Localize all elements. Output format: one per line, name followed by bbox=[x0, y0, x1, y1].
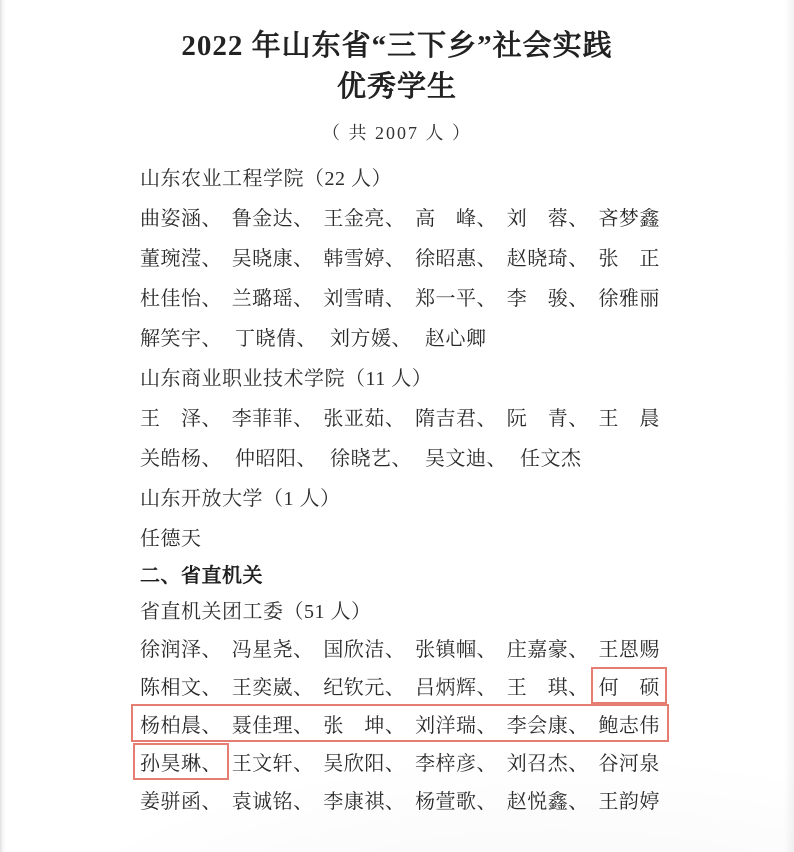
document-page: 2022 年山东省“三下乡”社会实践 优秀学生 （ 共 2007 人 ） 山东农… bbox=[0, 0, 794, 852]
student-name: 解笑宇、 bbox=[140, 322, 222, 351]
student-name: 刘方媛、 bbox=[330, 322, 412, 351]
student-name: 鲁金达、 bbox=[232, 202, 314, 231]
student-name: 姜骈函、 bbox=[140, 785, 222, 814]
name-row: 姜骈函、袁诚铭、李康祺、杨萱歌、赵悦鑫、王韵婷 bbox=[140, 780, 660, 818]
student-name-highlighted: 何 硕 bbox=[591, 667, 667, 704]
student-name: 徐晓艺、 bbox=[330, 442, 412, 471]
student-name: 刘 蓉、 bbox=[507, 202, 589, 231]
student-name: 任文杰 bbox=[520, 442, 582, 471]
name-row: 徐润泽、冯星尧、国欣洁、张镇帼、庄嘉豪、王恩赐 bbox=[140, 628, 660, 666]
student-name: 董琬滢、 bbox=[140, 242, 222, 271]
student-name: 杨柏晨、 bbox=[140, 709, 222, 738]
org-heading: 山东开放大学（1 人） bbox=[140, 476, 660, 516]
document-body: 山东农业工程学院（22 人）曲姿涵、鲁金达、王金亮、高 峰、刘 蓉、吝梦鑫董琬滢… bbox=[140, 156, 660, 818]
student-name: 张 正 bbox=[598, 242, 660, 271]
student-name: 李会康、 bbox=[507, 709, 589, 738]
student-name: 陈相文、 bbox=[140, 671, 222, 700]
student-name: 杜佳怡、 bbox=[140, 282, 222, 311]
student-name: 韩雪婷、 bbox=[323, 242, 405, 271]
student-name: 吝梦鑫 bbox=[598, 202, 660, 231]
student-name: 聂佳理、 bbox=[232, 709, 314, 738]
name-row: 陈相文、王奕崴、纪钦元、吕炳辉、王 琪、何 硕 bbox=[140, 666, 660, 704]
student-name: 仲昭阳、 bbox=[235, 442, 317, 471]
name-row: 解笑宇、丁晓倩、刘方媛、赵心卿 bbox=[140, 316, 660, 356]
student-name: 杨萱歌、 bbox=[415, 785, 497, 814]
student-name: 王 泽、 bbox=[140, 402, 222, 431]
student-name: 王金亮、 bbox=[323, 202, 405, 231]
student-name: 国欣洁、 bbox=[323, 633, 405, 662]
name-row: 王 泽、李菲菲、张亚茹、隋吉君、阮 青、王 晨 bbox=[140, 396, 660, 436]
student-name: 兰璐瑶、 bbox=[232, 282, 314, 311]
student-name: 张 坤、 bbox=[323, 709, 405, 738]
student-name: 关皓杨、 bbox=[140, 442, 222, 471]
student-name: 赵心卿 bbox=[425, 322, 487, 351]
org-heading: 省直机关团工委（51 人） bbox=[140, 590, 660, 628]
student-name: 袁诚铭、 bbox=[232, 785, 314, 814]
student-name: 赵悦鑫、 bbox=[507, 785, 589, 814]
student-name: 王韵婷 bbox=[598, 785, 660, 814]
student-name: 赵晓琦、 bbox=[507, 242, 589, 271]
document-title-line1: 2022 年山东省“三下乡”社会实践 bbox=[0, 26, 794, 67]
name-row: 杜佳怡、兰璐瑶、刘雪晴、郑一平、李 骏、徐雅丽 bbox=[140, 276, 660, 316]
student-name: 王奕崴、 bbox=[232, 671, 314, 700]
total-count-note: （ 共 2007 人 ） bbox=[0, 119, 794, 145]
name-row: 关皓杨、仲昭阳、徐晓艺、吴文迪、任文杰 bbox=[140, 436, 660, 476]
student-name-highlighted: 孙昊琳、 bbox=[133, 743, 229, 780]
name-row: 曲姿涵、鲁金达、王金亮、高 峰、刘 蓉、吝梦鑫 bbox=[140, 196, 660, 236]
student-name: 阮 青、 bbox=[507, 402, 589, 431]
student-name: 张亚茹、 bbox=[323, 402, 405, 431]
document-header: 2022 年山东省“三下乡”社会实践 优秀学生 （ 共 2007 人 ） bbox=[0, 26, 794, 145]
org-heading: 山东农业工程学院（22 人） bbox=[140, 156, 660, 196]
student-name: 曲姿涵、 bbox=[140, 202, 222, 231]
student-name: 吴文迪、 bbox=[425, 442, 507, 471]
student-name: 徐雅丽 bbox=[598, 282, 660, 311]
name-row: 孙昊琳、王文轩、吴欣阳、李梓彦、刘召杰、谷河泉 bbox=[140, 742, 660, 780]
org-heading: 山东商业职业技术学院（11 人） bbox=[140, 356, 660, 396]
student-name: 隋吉君、 bbox=[415, 402, 497, 431]
student-name: 纪钦元、 bbox=[323, 671, 405, 700]
student-name: 吴欣阳、 bbox=[323, 747, 405, 776]
student-name: 徐昭惠、 bbox=[415, 242, 497, 271]
student-name: 王 晨 bbox=[598, 402, 660, 431]
student-name: 谷河泉 bbox=[598, 747, 660, 776]
student-name: 王文轩、 bbox=[232, 747, 314, 776]
student-name: 高 峰、 bbox=[415, 202, 497, 231]
name-row-highlighted: 杨柏晨、聂佳理、张 坤、刘洋瑞、李会康、鲍志伟 bbox=[131, 704, 669, 742]
student-name: 张镇帼、 bbox=[415, 633, 497, 662]
student-name: 王 琪、 bbox=[507, 671, 589, 700]
student-name: 王恩赐 bbox=[598, 633, 660, 662]
student-name: 吕炳辉、 bbox=[415, 671, 497, 700]
student-name: 吴晓康、 bbox=[232, 242, 314, 271]
student-name: 李梓彦、 bbox=[415, 747, 497, 776]
student-name: 冯星尧、 bbox=[232, 633, 314, 662]
student-name: 刘召杰、 bbox=[507, 747, 589, 776]
student-name: 任德天 bbox=[140, 522, 202, 551]
student-name: 庄嘉豪、 bbox=[507, 633, 589, 662]
student-name: 鲍志伟 bbox=[598, 709, 660, 738]
student-name: 刘雪晴、 bbox=[323, 282, 405, 311]
name-row: 董琬滢、吴晓康、韩雪婷、徐昭惠、赵晓琦、张 正 bbox=[140, 236, 660, 276]
student-name: 李康祺、 bbox=[323, 785, 405, 814]
student-name: 刘洋瑞、 bbox=[415, 709, 497, 738]
student-name: 李 骏、 bbox=[507, 282, 589, 311]
student-name: 徐润泽、 bbox=[140, 633, 222, 662]
student-name: 郑一平、 bbox=[415, 282, 497, 311]
student-name: 丁晓倩、 bbox=[235, 322, 317, 351]
document-title-line2: 优秀学生 bbox=[0, 67, 794, 108]
name-row: 任德天 bbox=[140, 516, 660, 556]
section-heading: 二、省直机关 bbox=[140, 556, 660, 590]
student-name: 李菲菲、 bbox=[232, 402, 314, 431]
